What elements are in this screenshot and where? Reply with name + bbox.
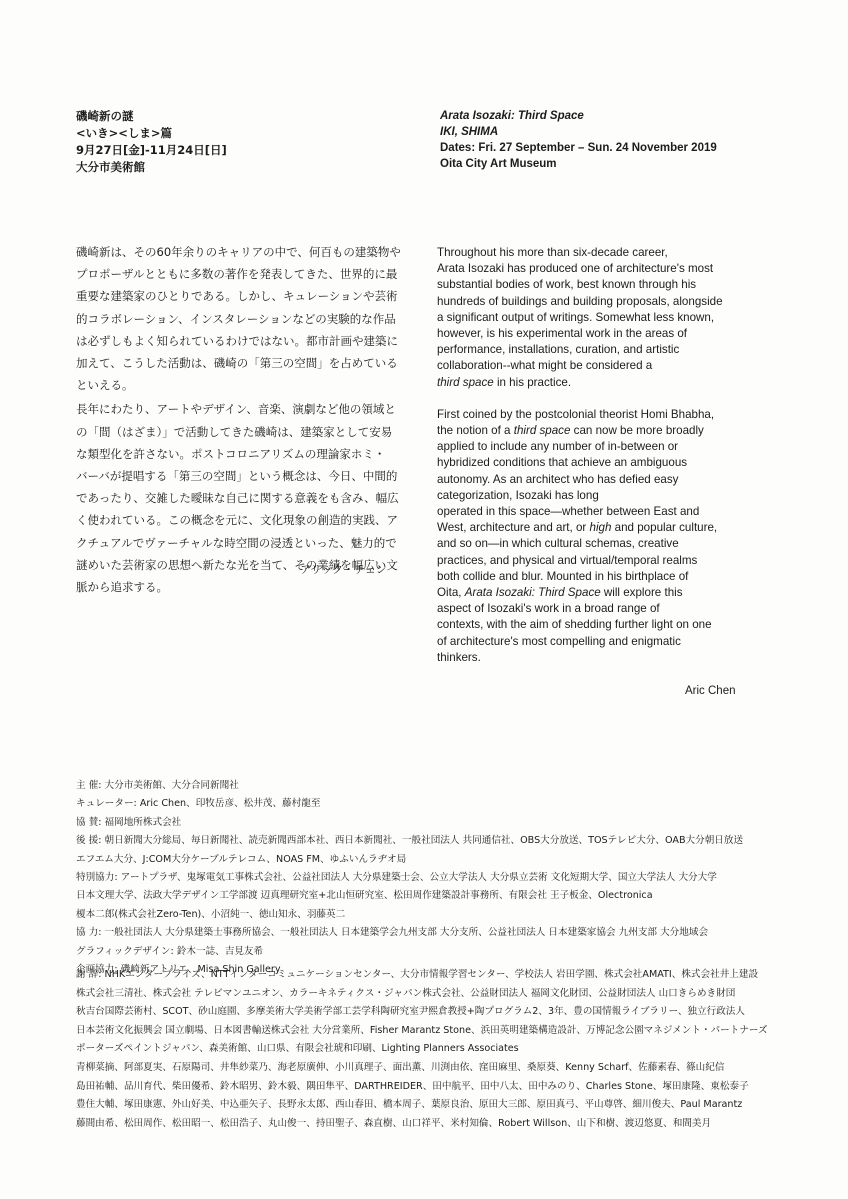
acknowledgement-line: 青柳菜摘、阿部夏実、石原陽司、井隼紗菜乃、海老原廣伸、小川真理子、面出薫、川渕由… — [76, 1059, 796, 1078]
jp-paragraph-1: 磯崎新は、その60年余りのキャリアの中で、何百もの建築物や プロポーザルとともに… — [76, 241, 421, 396]
text-line: operated in this space—whether between E… — [437, 505, 699, 518]
acknowledgement-line: 島田祐輔、品川育代、柴田優希、鈴木昭男、鈴木毅、隅田隼平、DARTHREIDER… — [76, 1078, 796, 1097]
text-line: applied to include any number of in-betw… — [437, 440, 678, 453]
credit-support-cont: エフエム大分、J:COM大分ケーブルテレコム、NOAS FM、ゆふいんラヂオ局 — [76, 851, 796, 869]
text-line: であったり、交雑した曖昧な自己に関する意義をも含み、幅広 — [76, 491, 399, 505]
credit-curators: キュレーター: Aric Chen、印牧岳彦、松井茂、藤村龍至 — [76, 795, 796, 813]
en-signature: Aric Chen — [685, 685, 736, 697]
text-line: and popular culture, — [611, 521, 717, 534]
text-line: 脈から追求する。 — [76, 580, 168, 594]
credit-cooperation: 協 力: 一般社団法人 大分県建築士事務所協会、一般社団法人 日本建築学会九州支… — [76, 924, 796, 942]
text-line: hybridized conditions that achieve an am… — [437, 456, 687, 469]
text-line: 長年にわたり、アートやデザイン、音楽、演劇など他の領域と — [76, 402, 396, 416]
jp-title: 磯崎新の謎 — [76, 108, 227, 125]
credit-special-cooperation-cont: 日本文理大学、法政大学デザイン工学部渡 辺真理研究室+北山恒研究室、松田周作建築… — [76, 887, 796, 905]
acknowledgements-list: 謝 辞: NHKエンタープライズ、NTTインターコミュニケーションセンター、大分… — [76, 966, 796, 1133]
text-line: both collide and blur. Mounted in his bi… — [437, 570, 688, 583]
text-line: thinkers. — [437, 651, 481, 664]
en-paragraph-2: First coined by the postcolonial theoris… — [437, 407, 742, 666]
acknowledgement-line: 藤間由希、松田周作、松田昭一、松田浩子、丸山俊一、持田聖子、森直樹、山口祥平、米… — [76, 1115, 796, 1134]
credits-list: 主 催: 大分市美術館、大分合同新聞社 キュレーター: Aric Chen、印牧… — [76, 777, 796, 979]
credit-support: 後 援: 朝日新聞大分総局、毎日新聞社、読売新聞西部本社、西日本新聞社、一般社団… — [76, 832, 796, 850]
jp-body-text: 磯崎新は、その60年余りのキャリアの中で、何百もの建築物や プロポーザルとともに… — [76, 241, 421, 600]
acknowledgement-line: 株式会社三清社、株式会社 テレビマンユニオン、カラーキネティクス・ジャパン株式会… — [76, 985, 796, 1004]
text-line: of architecture's most compelling and en… — [437, 635, 681, 648]
text-line: a significant output of writings. Somewh… — [437, 311, 714, 324]
text-line: autonomy. As an architect who has defied… — [437, 473, 678, 486]
acknowledgement-line: 謝 辞: NHKエンタープライズ、NTTインターコミュニケーションセンター、大分… — [76, 966, 796, 985]
credit-special-cooperation-cont: 榎本二郎(株式会社Zero-Ten)、小沼純一、徳山知永、羽藤英二 — [76, 906, 796, 924]
jp-dates: 9月27日[金]-11月24日[日] — [76, 142, 227, 159]
text-line: の「間（はざま）」で活動してきた磯崎は、建築家として安易 — [76, 425, 392, 439]
text-line: く使われている。この概念を元に、文化現象の創造的実践、ア — [76, 513, 398, 527]
en-paragraph-1: Throughout his more than six-decade care… — [437, 245, 742, 391]
text-line: and so on—in which cultural schemas, cre… — [437, 537, 679, 550]
jp-subtitle: <いき><しま>篇 — [76, 125, 227, 142]
credit-sponsor: 協 賛: 福岡地所株式会社 — [76, 814, 796, 832]
text-line: substantial bodies of work, best known t… — [437, 278, 696, 291]
jp-signature: アリック・チェン — [300, 561, 387, 577]
en-venue: Oita City Art Museum — [440, 156, 717, 172]
text-line: な類型化を許さない。ポストコロニアリズムの理論家ホミ・ — [76, 447, 385, 461]
text-line: will explore this — [601, 586, 683, 599]
acknowledgement-line: ポーターズペイントジャパン、森美術館、山口県、有限会社琥和印刷、Lighting… — [76, 1040, 796, 1059]
jp-venue: 大分市美術館 — [76, 159, 227, 176]
text-line: プロポーザルとともに多数の著作を発表してきた、世界的に最 — [76, 267, 397, 281]
emphasis-text: Arata Isozaki: Third Space — [465, 586, 601, 599]
credit-organizers: 主 催: 大分市美術館、大分合同新聞社 — [76, 777, 796, 795]
emphasis-text: third space — [514, 424, 571, 437]
text-line: however, is his experimental work in the… — [437, 327, 687, 340]
text-line: 磯崎新は、その60年余りのキャリアの中で、何百もの建築物や — [76, 245, 401, 259]
text-line: hundreds of buildings and building propo… — [437, 295, 723, 308]
text-line: First coined by the postcolonial theoris… — [437, 408, 714, 421]
en-dates: Dates: Fri. 27 September – Sun. 24 Novem… — [440, 140, 717, 156]
text-line: West, architecture and art, or — [437, 521, 590, 534]
emphasis-text: third space — [437, 376, 494, 389]
acknowledgement-line: 豊住大輔、塚田康憲、外山好美、中込亜矢子、長野永太郎、西山春田、橋本周子、葉原良… — [76, 1096, 796, 1115]
text-line: Arata Isozaki has produced one of archit… — [437, 262, 713, 275]
en-title: Arata Isozaki: Third Space — [440, 108, 717, 124]
text-line: 加えて、こうした活動は、磯崎の「第三の空間」を占めている — [76, 356, 398, 370]
text-line: contexts, with the aim of shedding furth… — [437, 618, 712, 631]
text-line: in his practice. — [494, 376, 571, 389]
text-line: 重要な建築家のひとりである。しかし、キュレーションや芸術 — [76, 289, 398, 303]
en-header: Arata Isozaki: Third Space IKI, SHIMA Da… — [440, 108, 717, 172]
text-line: the notion of a — [437, 424, 514, 437]
text-line: バーバが提唱する「第三の空間」という概念は、今日、中間的 — [76, 469, 397, 483]
credit-graphic-design: グラフィックデザイン: 鈴木一誌、吉見友希 — [76, 943, 796, 961]
text-line: aspect of Isozaki's work in a broad rang… — [437, 602, 660, 615]
text-line: Throughout his more than six-decade care… — [437, 246, 668, 259]
text-line: performance, installations, curation, an… — [437, 343, 679, 356]
jp-header: 磯崎新の謎 <いき><しま>篇 9月27日[金]-11月24日[日] 大分市美術… — [76, 108, 227, 176]
text-line: といえる。 — [76, 378, 134, 392]
text-line: can now be more broadly — [570, 424, 703, 437]
text-line: 的コラボレーション、インスタレーションなどの実験的な作品 — [76, 312, 396, 326]
emphasis-text: high — [590, 521, 612, 534]
acknowledgement-line: 秋吉台国際芸術村、SCOT、砂山庭園、多摩美術大学美術学部工芸学科陶研究室尹熙倉… — [76, 1003, 796, 1022]
text-line: は必ずしもよく知られているわけではない。都市計画や建築に — [76, 334, 398, 348]
en-body-text: Throughout his more than six-decade care… — [437, 245, 742, 682]
text-line: Oita, — [437, 586, 465, 599]
acknowledgement-line: 日本芸術文化振興会 国立劇場、日本図書輸送株式会社 大分営業所、Fisher M… — [76, 1022, 796, 1041]
text-line: practices, and physical and virtual/temp… — [437, 554, 697, 567]
text-line: collaboration--what might be considered … — [437, 359, 652, 372]
credit-special-cooperation: 特別協力: アートプラザ、鬼塚電気工事株式会社、公益社団法人 大分県建築士会、公… — [76, 869, 796, 887]
text-line: クチュアルでヴァーチャルな時空間の浸透といった、魅力的で — [76, 536, 397, 550]
en-subtitle: IKI, SHIMA — [440, 124, 717, 140]
text-line: categorization, Isozaki has long — [437, 489, 599, 502]
